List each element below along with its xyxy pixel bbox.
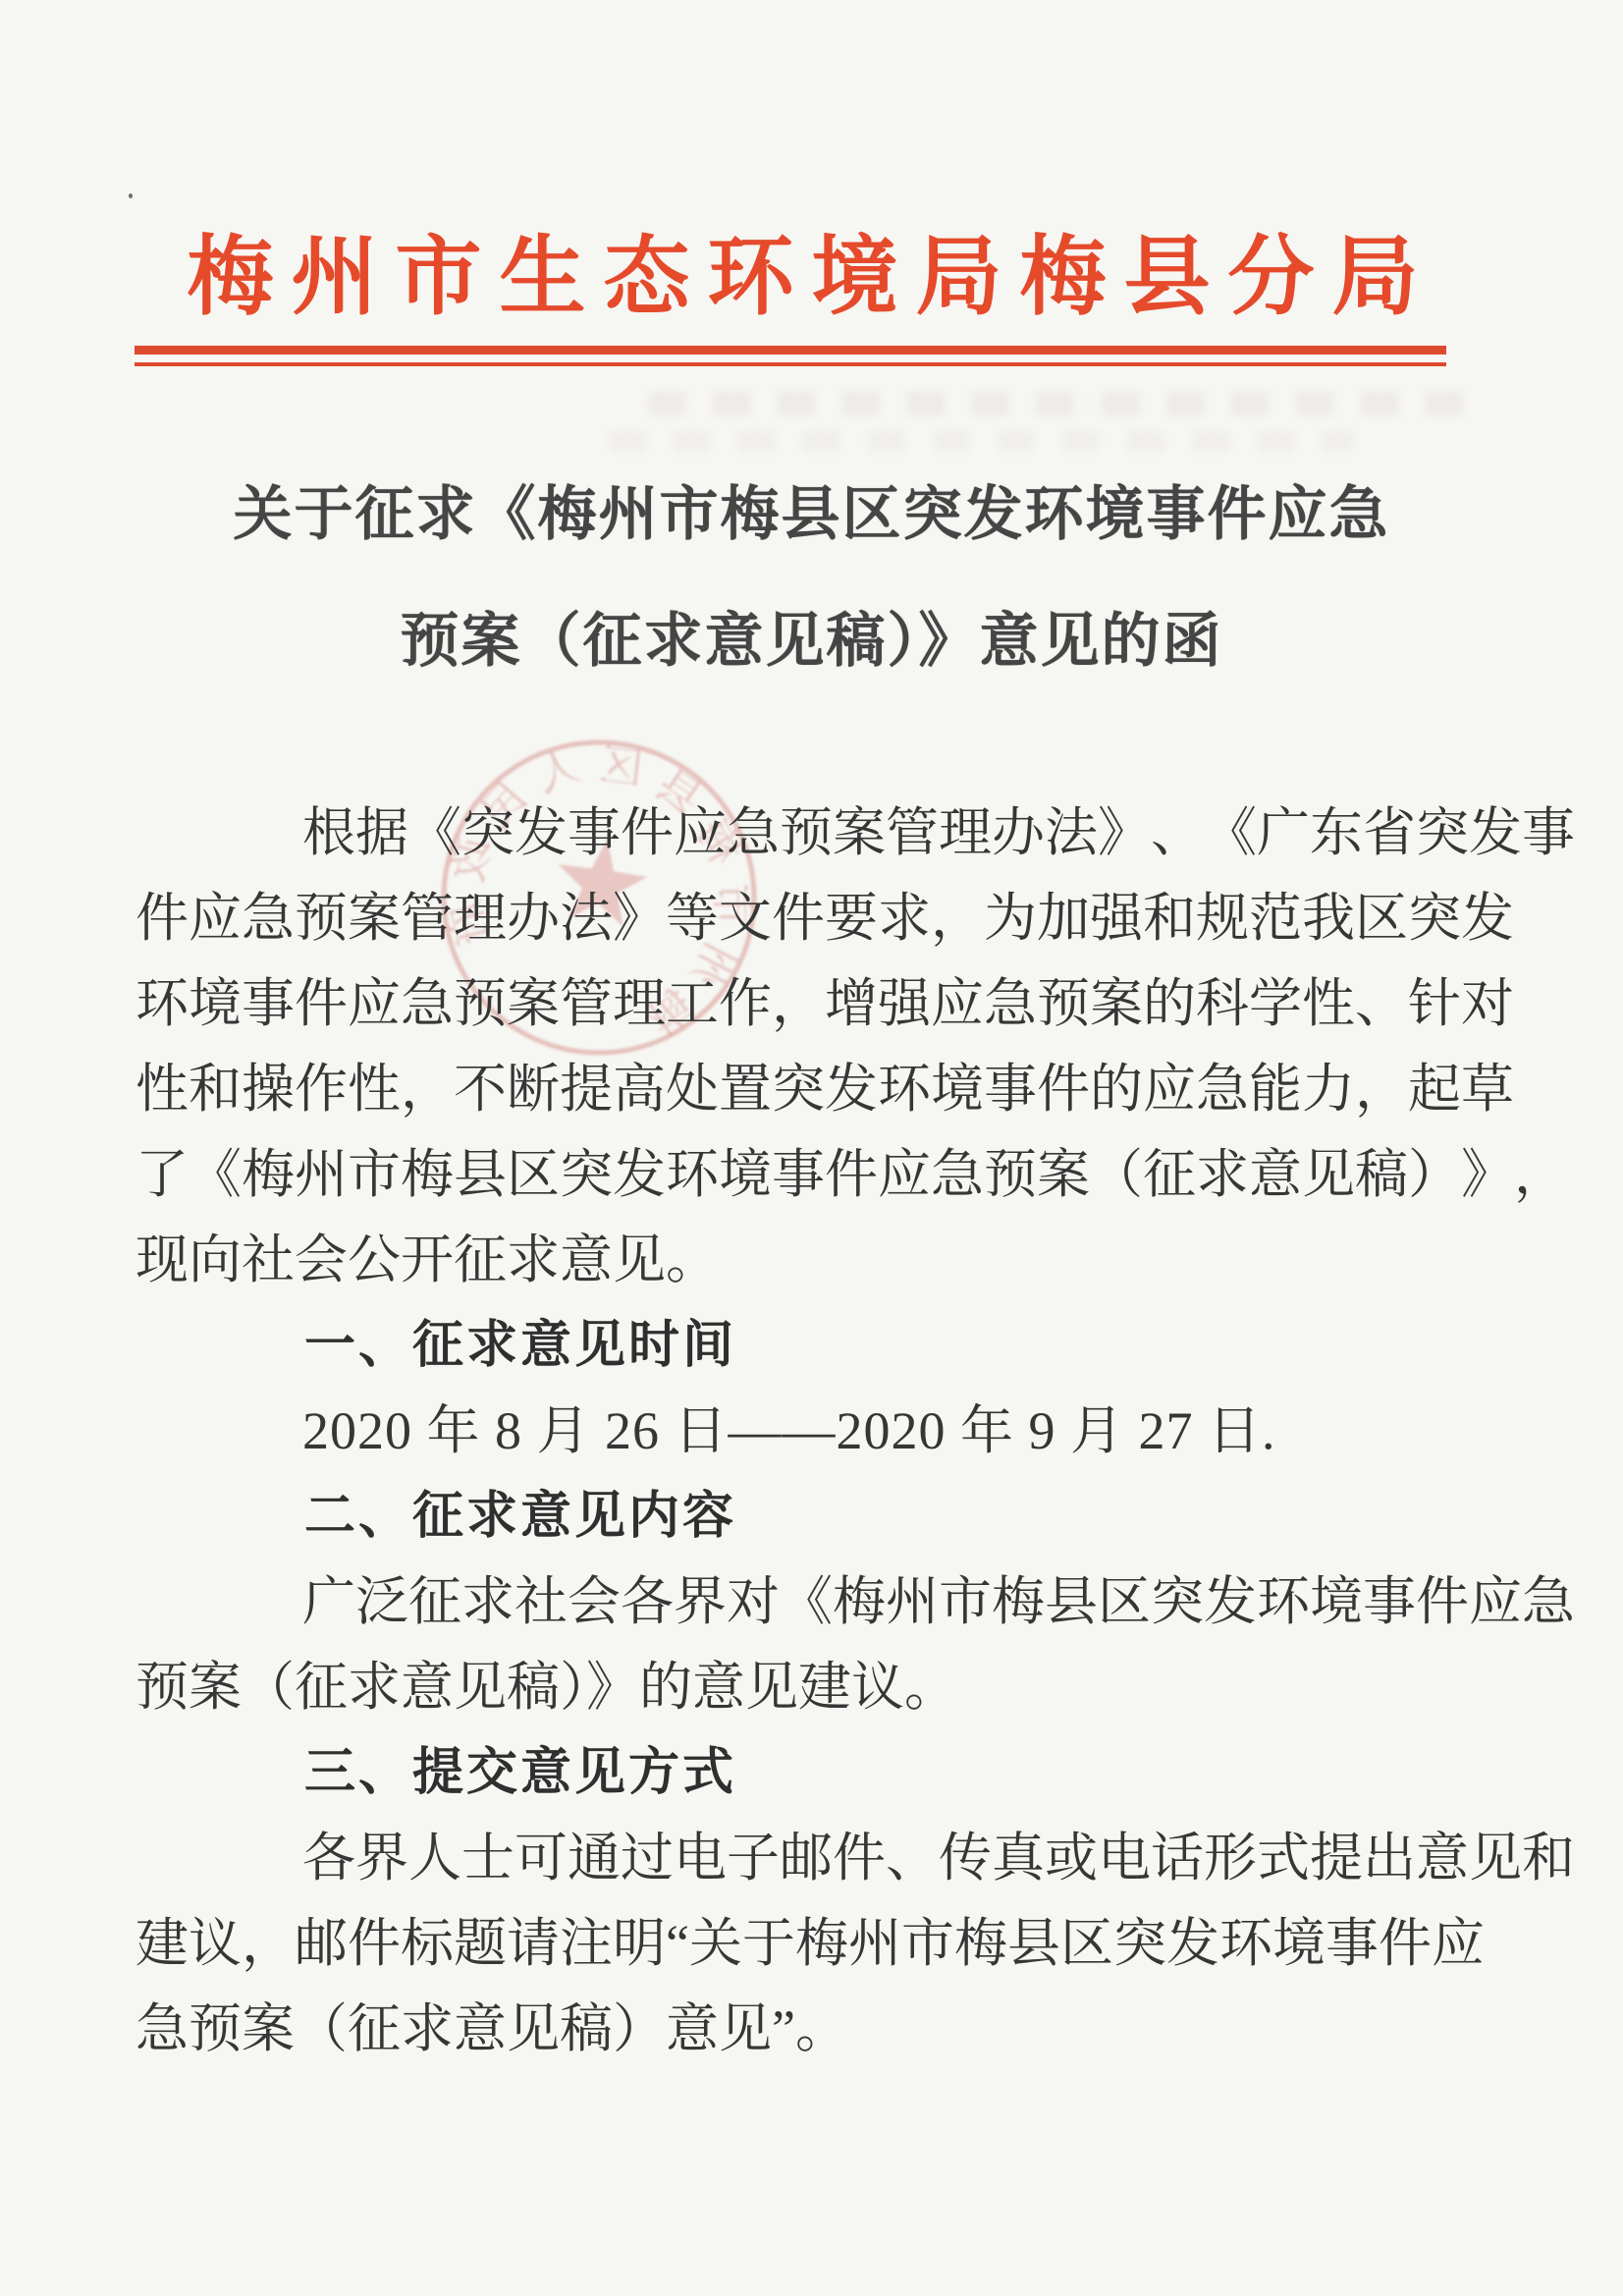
- body-line: 建议，邮件标题请注明“关于梅州市梅县区突发环境事件应: [135, 1901, 1471, 1987]
- document-title-line-1: 关于征求《梅州市梅县区突发环境事件应急: [0, 452, 1623, 578]
- body-line: 根据《突发事件应急预案管理办法》、《广东省突发事: [135, 791, 1471, 876]
- body-line: 件应急预案管理办法》等文件要求，为加强和规范我区突发: [135, 876, 1471, 961]
- date-range: 2020 年 8 月 26 日——2020 年 9 月 27 日.: [135, 1389, 1471, 1474]
- body-line: 性和操作性，不断提高处置突发环境事件的应急能力，起草: [135, 1047, 1471, 1132]
- scanned-official-letter: 梅州市生态环境局梅县分局 梅州市梅县区人民政府 关于征求《梅州市梅县区突发环境事…: [0, 0, 1623, 2296]
- document-title-line-2: 预案（征求意见稿）》意见的函: [0, 578, 1623, 705]
- section-heading-1: 一、征求意见时间: [135, 1303, 1471, 1389]
- body-line: 了《梅州市梅县区突发环境事件应急预案（征求意见稿）》，: [135, 1132, 1471, 1218]
- letter-body: 根据《突发事件应急预案管理办法》、《广东省突发事 件应急预案管理办法》等文件要求…: [135, 791, 1471, 2072]
- letterhead-agency-title: 梅州市生态环境局梅县分局: [0, 221, 1623, 337]
- letterhead-rule-thick: [135, 346, 1446, 355]
- body-line: 急预案（征求意见稿）意见”。: [135, 1987, 1471, 2072]
- letterhead-rule-thin: [135, 362, 1446, 366]
- section-heading-2: 二、征求意见内容: [135, 1474, 1471, 1559]
- body-line: 各界人士可通过电子邮件、传真或电话形式提出意见和: [135, 1816, 1471, 1901]
- body-line: 广泛征求社会各界对《梅州市梅县区突发环境事件应急: [135, 1559, 1471, 1645]
- bleed-through-artifact: [648, 391, 1483, 416]
- document-title: 关于征求《梅州市梅县区突发环境事件应急 预案（征求意见稿）》意见的函: [0, 452, 1623, 705]
- body-line: 现向社会公开征求意见。: [135, 1218, 1471, 1303]
- body-line: 环境事件应急预案管理工作，增强应急预案的科学性、针对: [135, 961, 1471, 1047]
- body-line: 预案（征求意见稿）》的意见建议。: [135, 1645, 1471, 1730]
- section-heading-3: 三、提交意见方式: [135, 1730, 1471, 1816]
- scan-speck-artifact: [129, 193, 133, 198]
- bleed-through-artifact: [609, 430, 1355, 452]
